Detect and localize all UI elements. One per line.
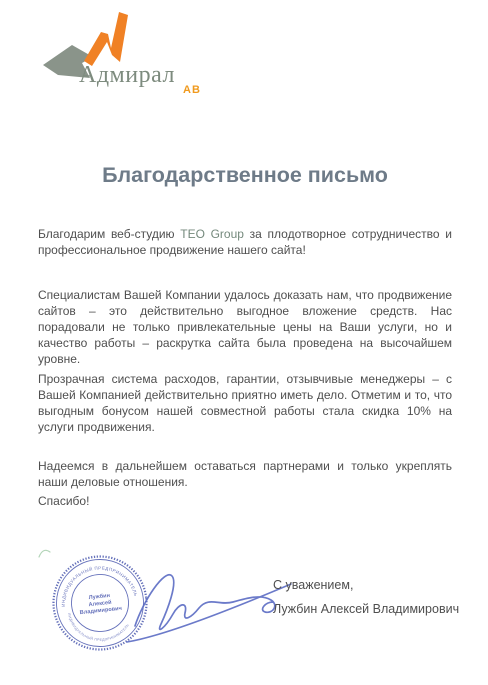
paragraph-1-text-before: Благодарим веб-студию xyxy=(38,227,180,241)
logo-growth-zigzag-icon xyxy=(84,12,128,66)
letter-page: Адмирал АВ Благодарственное письмо Благо… xyxy=(0,0,488,685)
brand-subtitle: АВ xyxy=(183,84,201,96)
paragraph-partnership: Надеемся в дальнейшем оставаться партнер… xyxy=(38,458,452,490)
signature-flourish-stroke xyxy=(135,575,275,630)
thanks-line: Спасибо! xyxy=(38,493,452,509)
letter-title: Благодарственное письмо xyxy=(38,163,452,188)
paragraph-results: Специалистам Вашей Компании удалось дока… xyxy=(38,287,452,367)
signer-name: Лужбин Алексей Владимирович xyxy=(273,602,459,616)
studio-name-mention: TEO Group xyxy=(180,227,244,241)
closing-salutation: С уважением, xyxy=(273,578,353,592)
paragraph-gratitude: Благодарим веб-студию TEO Group за плодо… xyxy=(38,226,452,258)
brand-name: Адмирал xyxy=(79,62,175,89)
paragraph-service: Прозрачная система расходов, гарантии, о… xyxy=(38,371,452,435)
